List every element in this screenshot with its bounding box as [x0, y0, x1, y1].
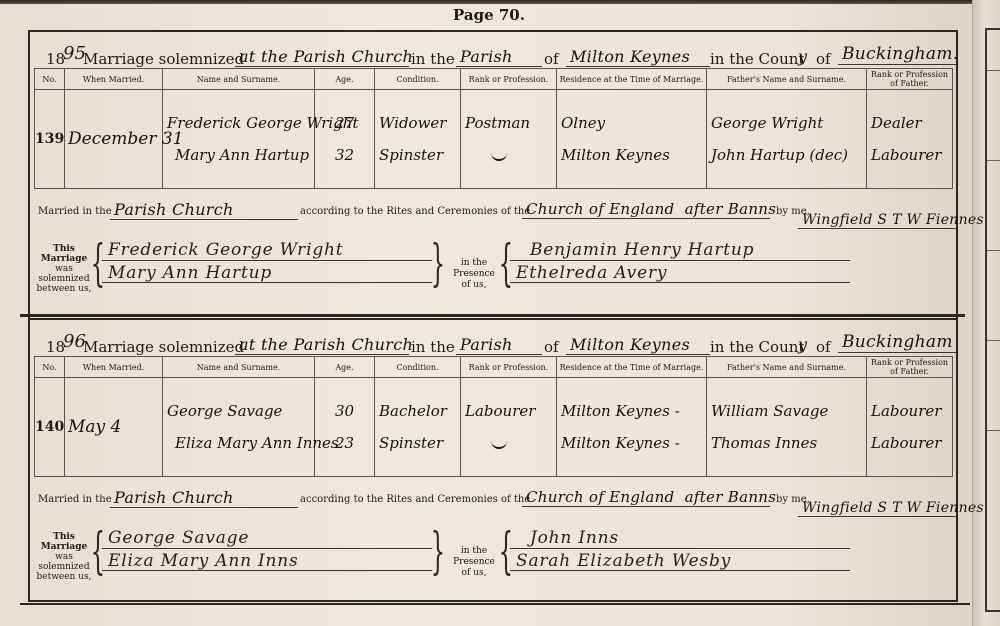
table-header-row: No. When Married. Name and Surname. Age.… — [35, 69, 953, 90]
column-header: Condition. — [375, 357, 461, 378]
ages-cell: 30 23 — [315, 378, 375, 477]
ceremony-line: Married in the Parish Church according t… — [38, 200, 948, 220]
entry-headline: 18 95 Marriage solemnized at the Parish … — [46, 44, 946, 70]
place-field: at the Parish Church — [235, 47, 409, 67]
bride-father-rank: Labourer — [871, 434, 948, 452]
witness-1: Benjamin Henry Hartup — [530, 240, 754, 260]
column-header: Name and Surname. — [163, 357, 315, 378]
of-label: of — [544, 338, 559, 356]
column-header: No. — [35, 357, 65, 378]
rites-field: Church of England after Banns — [522, 488, 770, 507]
county-of-label: of — [816, 50, 831, 68]
bride-residence: Milton Keynes - — [561, 434, 702, 452]
rank-cell: Labourer — [461, 378, 557, 477]
column-header: No. — [35, 69, 65, 90]
brace-left: { — [91, 238, 105, 288]
register-table: No. When Married. Name and Surname. Age.… — [34, 356, 953, 477]
groom-name: George Savage — [167, 402, 282, 420]
bride-age: 23 — [335, 434, 354, 452]
solemnized-label: This Marriage was solemnized between us, — [34, 532, 94, 582]
column-header: Age. — [315, 69, 375, 90]
entry-separator — [20, 314, 965, 317]
officiant-field: Wingfield S T W Fiennes — [798, 212, 956, 229]
place-field: at the Parish Church — [235, 335, 409, 355]
condition-cell: Bachelor Spinster — [375, 378, 461, 477]
in-the-label: in the — [411, 338, 455, 356]
bride-father: Thomas Innes — [711, 434, 862, 452]
column-header: Rank or Profession of Father. — [867, 357, 953, 378]
witness-2: Ethelreda Avery — [516, 263, 667, 283]
names-cell: Frederick George Wright Mary Ann Hartup — [163, 90, 315, 189]
column-header: Rank or Profession. — [461, 69, 557, 90]
column-header: Residence at the Time of Marriage. — [557, 357, 707, 378]
father-cell: George Wright John Hartup (dec) — [707, 90, 867, 189]
when-married: May 4 — [65, 378, 163, 477]
bride-condition: Spinster — [379, 434, 456, 452]
facing-page-edge — [972, 0, 1000, 626]
column-header: Rank or Profession. — [461, 357, 557, 378]
brace-right: } — [431, 238, 445, 288]
in-the-label: in the — [411, 50, 455, 68]
marriage-solemnized-label: Marriage solemnized — [83, 338, 244, 356]
groom-name: Frederick George Wright — [167, 114, 358, 132]
witness-1: John Inns — [530, 528, 619, 548]
page-number: Page 70. — [453, 6, 525, 24]
brace-right: } — [431, 526, 445, 576]
table-header-row: No. When Married. Name and Surname. Age.… — [35, 357, 953, 378]
entry-number: 139 — [35, 90, 65, 189]
rites-label: according to the Rites and Ceremonies of… — [300, 206, 530, 217]
column-header: When Married. — [65, 357, 163, 378]
bride-condition: Spinster — [379, 146, 456, 164]
entry-headline: 18 96 Marriage solemnized at the Parish … — [46, 332, 946, 358]
marriage-solemnized-label: Marriage solemnized — [83, 50, 244, 68]
of-label: of — [544, 50, 559, 68]
residence-cell: Olney Milton Keynes — [557, 90, 707, 189]
residence-cell: Milton Keynes - Milton Keynes - — [557, 378, 707, 477]
column-header: Rank or Profession of Father. — [867, 69, 953, 90]
brace-left: { — [91, 526, 105, 576]
county-field: Buckingham. — [838, 44, 956, 65]
bride-father-rank: Labourer — [871, 146, 948, 164]
column-header: Condition. — [375, 69, 461, 90]
bride-residence: Milton Keynes — [561, 146, 702, 164]
column-header: Name and Surname. — [163, 69, 315, 90]
signature-groom: George Savage — [108, 528, 249, 548]
ditto-mark — [465, 146, 552, 165]
married-in-label: Married in the — [38, 494, 112, 505]
county-suffix: y — [798, 335, 807, 354]
column-header: Age. — [315, 357, 375, 378]
table-row: 140 May 4 George Savage Eliza Mary Ann I… — [35, 378, 953, 477]
marriage-entry: 18 95 Marriage solemnized at the Parish … — [28, 30, 958, 318]
brace-witness: { — [499, 526, 513, 576]
rank-cell: Postman — [461, 90, 557, 189]
bride-age: 32 — [335, 146, 354, 164]
married-in-label: Married in the — [38, 206, 112, 217]
groom-rank: Postman — [465, 114, 552, 132]
parish-field: Parish — [456, 47, 542, 67]
county-label: in the Count — [710, 338, 804, 356]
entry-number: 140 — [35, 378, 65, 477]
table-row: 139 December 31 Frederick George Wright … — [35, 90, 953, 189]
bride-father: John Hartup (dec) — [711, 146, 862, 164]
entry-separator-bottom — [20, 603, 970, 605]
county-field: Buckingham — [838, 332, 956, 353]
ditto-mark — [465, 434, 552, 453]
ages-cell: 27 32 — [315, 90, 375, 189]
column-header: Father's Name and Surname. — [707, 69, 867, 90]
when-married: December 31 — [65, 90, 163, 189]
county-of-label: of — [816, 338, 831, 356]
groom-condition: Bachelor — [379, 402, 456, 420]
father-rank-cell: Dealer Labourer — [867, 90, 953, 189]
brace-witness: { — [499, 238, 513, 288]
county-label: in the Count — [710, 50, 804, 68]
signature-bride: Eliza Mary Ann Inns — [108, 551, 299, 571]
parish-name-field: Milton Keynes — [566, 335, 710, 355]
officiant-field: Wingfield S T W Fiennes — [798, 500, 956, 517]
bride-name: Eliza Mary Ann Innes — [167, 434, 339, 452]
groom-residence: Olney — [561, 114, 702, 132]
column-header: Father's Name and Surname. — [707, 357, 867, 378]
parish-name-field: Milton Keynes — [566, 47, 710, 67]
groom-father: George Wright — [711, 114, 862, 132]
marriage-entry: 18 96 Marriage solemnized at the Parish … — [28, 318, 958, 602]
married-in-field: Parish Church — [110, 488, 298, 508]
presence-label: in the Presence of us, — [446, 258, 502, 291]
parish-field: Parish — [456, 335, 542, 355]
register-table: No. When Married. Name and Surname. Age.… — [34, 68, 953, 189]
column-header: When Married. — [65, 69, 163, 90]
groom-residence: Milton Keynes - — [561, 402, 702, 420]
signature-groom: Frederick George Wright — [108, 240, 343, 260]
father-cell: William Savage Thomas Innes — [707, 378, 867, 477]
groom-age: 30 — [335, 402, 354, 420]
rites-field: Church of England after Banns — [522, 200, 770, 219]
groom-condition: Widower — [379, 114, 456, 132]
condition-cell: Widower Spinster — [375, 90, 461, 189]
married-in-field: Parish Church — [110, 200, 298, 220]
groom-rank: Labourer — [465, 402, 552, 420]
county-suffix: y — [798, 47, 807, 66]
father-rank-cell: Labourer Labourer — [867, 378, 953, 477]
groom-father-rank: Labourer — [871, 402, 948, 420]
signature-bride: Mary Ann Hartup — [108, 263, 272, 283]
rites-label: according to the Rites and Ceremonies of… — [300, 494, 530, 505]
solemnized-label: This Marriage was solemnized between us, — [34, 244, 94, 294]
names-cell: George Savage Eliza Mary Ann Innes — [163, 378, 315, 477]
groom-father: William Savage — [711, 402, 862, 420]
column-header: Residence at the Time of Marriage. — [557, 69, 707, 90]
groom-age: 27 — [335, 114, 354, 132]
witness-2: Sarah Elizabeth Wesby — [516, 551, 731, 571]
bride-name: Mary Ann Hartup — [167, 146, 309, 164]
presence-label: in the Presence of us, — [446, 546, 502, 579]
groom-father-rank: Dealer — [871, 114, 948, 132]
ceremony-line: Married in the Parish Church according t… — [38, 488, 948, 508]
